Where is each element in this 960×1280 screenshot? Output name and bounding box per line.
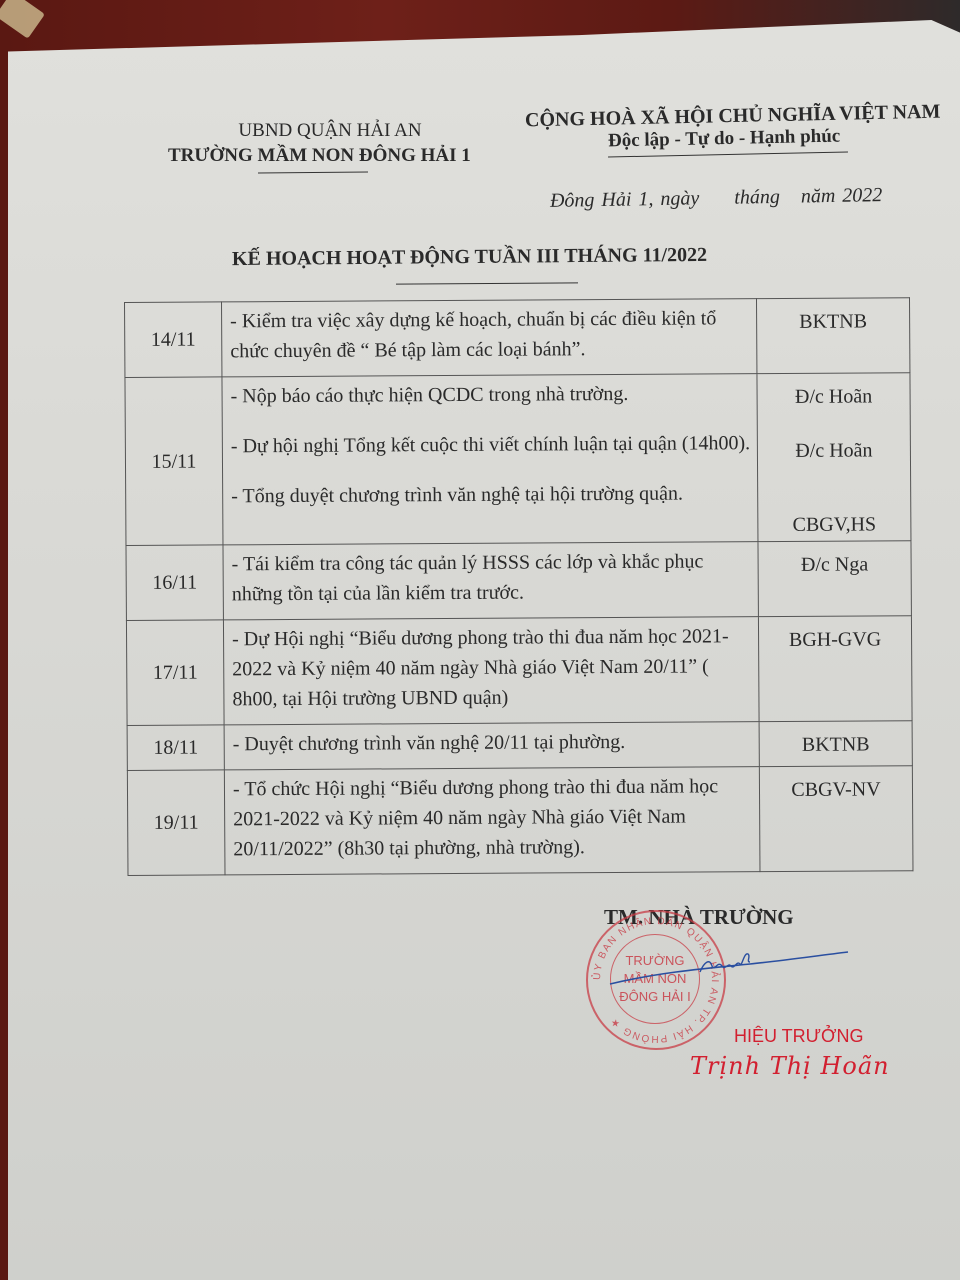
schedule-row: 14/11- Kiểm tra việc xây dựng kế hoạch, … — [125, 298, 910, 378]
handwritten-signature — [600, 942, 850, 992]
schedule-date: 19/11 — [127, 770, 225, 876]
schedule-tasks: - Dự Hội nghị “Biểu dương phong trào thi… — [223, 617, 759, 725]
school-name: TRƯỜNG MẦM NON ĐÔNG HẢI 1 — [168, 145, 471, 167]
task-item: - Dự hội nghị Tổng kết cuộc thi viết chí… — [231, 428, 751, 461]
owner-item: Đ/c Hoãn — [759, 435, 909, 466]
task-item: - Nộp báo cáo thực hiện QCDC trong nhà t… — [230, 378, 750, 411]
schedule-owner: BGH-GVG — [758, 616, 912, 722]
schedule-owner: Đ/c HoãnĐ/c HoãnCBGV,HS — [757, 373, 911, 542]
task-item: - Kiểm tra việc xây dựng kế hoạch, chuẩn… — [230, 303, 750, 366]
signer-name: Trịnh Thị Hoãn — [690, 1052, 890, 1080]
schedule-row: 16/11- Tái kiểm tra công tác quản lý HSS… — [126, 541, 911, 621]
schedule-tasks: - Kiểm tra việc xây dựng kế hoạch, chuẩn… — [222, 299, 757, 377]
task-item: - Duyệt chương trình văn nghệ 20/11 tại … — [233, 726, 753, 759]
task-item: - Tổng duyệt chương trình văn nghệ tại h… — [231, 478, 751, 511]
binder-clip — [0, 0, 45, 39]
task-item: - Dự Hội nghị “Biểu dương phong trào thi… — [232, 621, 753, 714]
schedule-table: 14/11- Kiểm tra việc xây dựng kế hoạch, … — [124, 297, 913, 876]
owner-item: CBGV-NV — [761, 774, 911, 805]
schedule-tasks: - Tổ chức Hội nghị “Biểu dương phong trà… — [224, 767, 760, 875]
schedule-owner: Đ/c Nga — [758, 541, 911, 617]
schedule-owner: BKTNB — [756, 298, 909, 374]
owner-item: BKTNB — [758, 306, 908, 337]
schedule-date: 14/11 — [125, 302, 222, 378]
schedule-tasks: - Tái kiểm tra công tác quản lý HSSS các… — [223, 542, 758, 620]
agency-name: UBND QUẬN HẢI AN — [230, 120, 430, 142]
owner-item: Đ/c Nga — [760, 549, 910, 580]
owner-item: CBGV,HS — [759, 509, 909, 540]
schedule-owner: CBGV-NV — [759, 766, 913, 872]
schedule-tasks: - Duyệt chương trình văn nghệ 20/11 tại … — [224, 722, 759, 770]
schedule-date: 18/11 — [127, 725, 224, 771]
schedule-date: 16/11 — [126, 545, 223, 621]
owner-item: Đ/c Hoãn — [759, 381, 909, 412]
schedule-owner: BKTNB — [759, 721, 912, 767]
schedule-date: 17/11 — [126, 620, 224, 726]
schedule-row: 18/11- Duyệt chương trình văn nghệ 20/11… — [127, 721, 912, 771]
schedule-row: 17/11- Dự Hội nghị “Biểu dương phong trà… — [126, 616, 912, 726]
schedule-row: 15/11- Nộp báo cáo thực hiện QCDC trong … — [125, 373, 911, 546]
task-item: - Tái kiểm tra công tác quản lý HSSS các… — [232, 546, 752, 609]
schedule-tasks: - Nộp báo cáo thực hiện QCDC trong nhà t… — [222, 374, 758, 545]
owner-item: BKTNB — [761, 729, 911, 760]
signer-role: HIỆU TRƯỞNG — [734, 1026, 863, 1047]
document-title: KẾ HOẠCH HOẠT ĐỘNG TUẦN III THÁNG 11/202… — [232, 244, 707, 271]
owner-item: BGH-GVG — [760, 624, 910, 655]
schedule-date: 15/11 — [125, 377, 223, 546]
task-item: - Tổ chức Hội nghị “Biểu dương phong trà… — [233, 771, 754, 864]
schedule-row: 19/11- Tổ chức Hội nghị “Biểu dương phon… — [127, 766, 913, 876]
